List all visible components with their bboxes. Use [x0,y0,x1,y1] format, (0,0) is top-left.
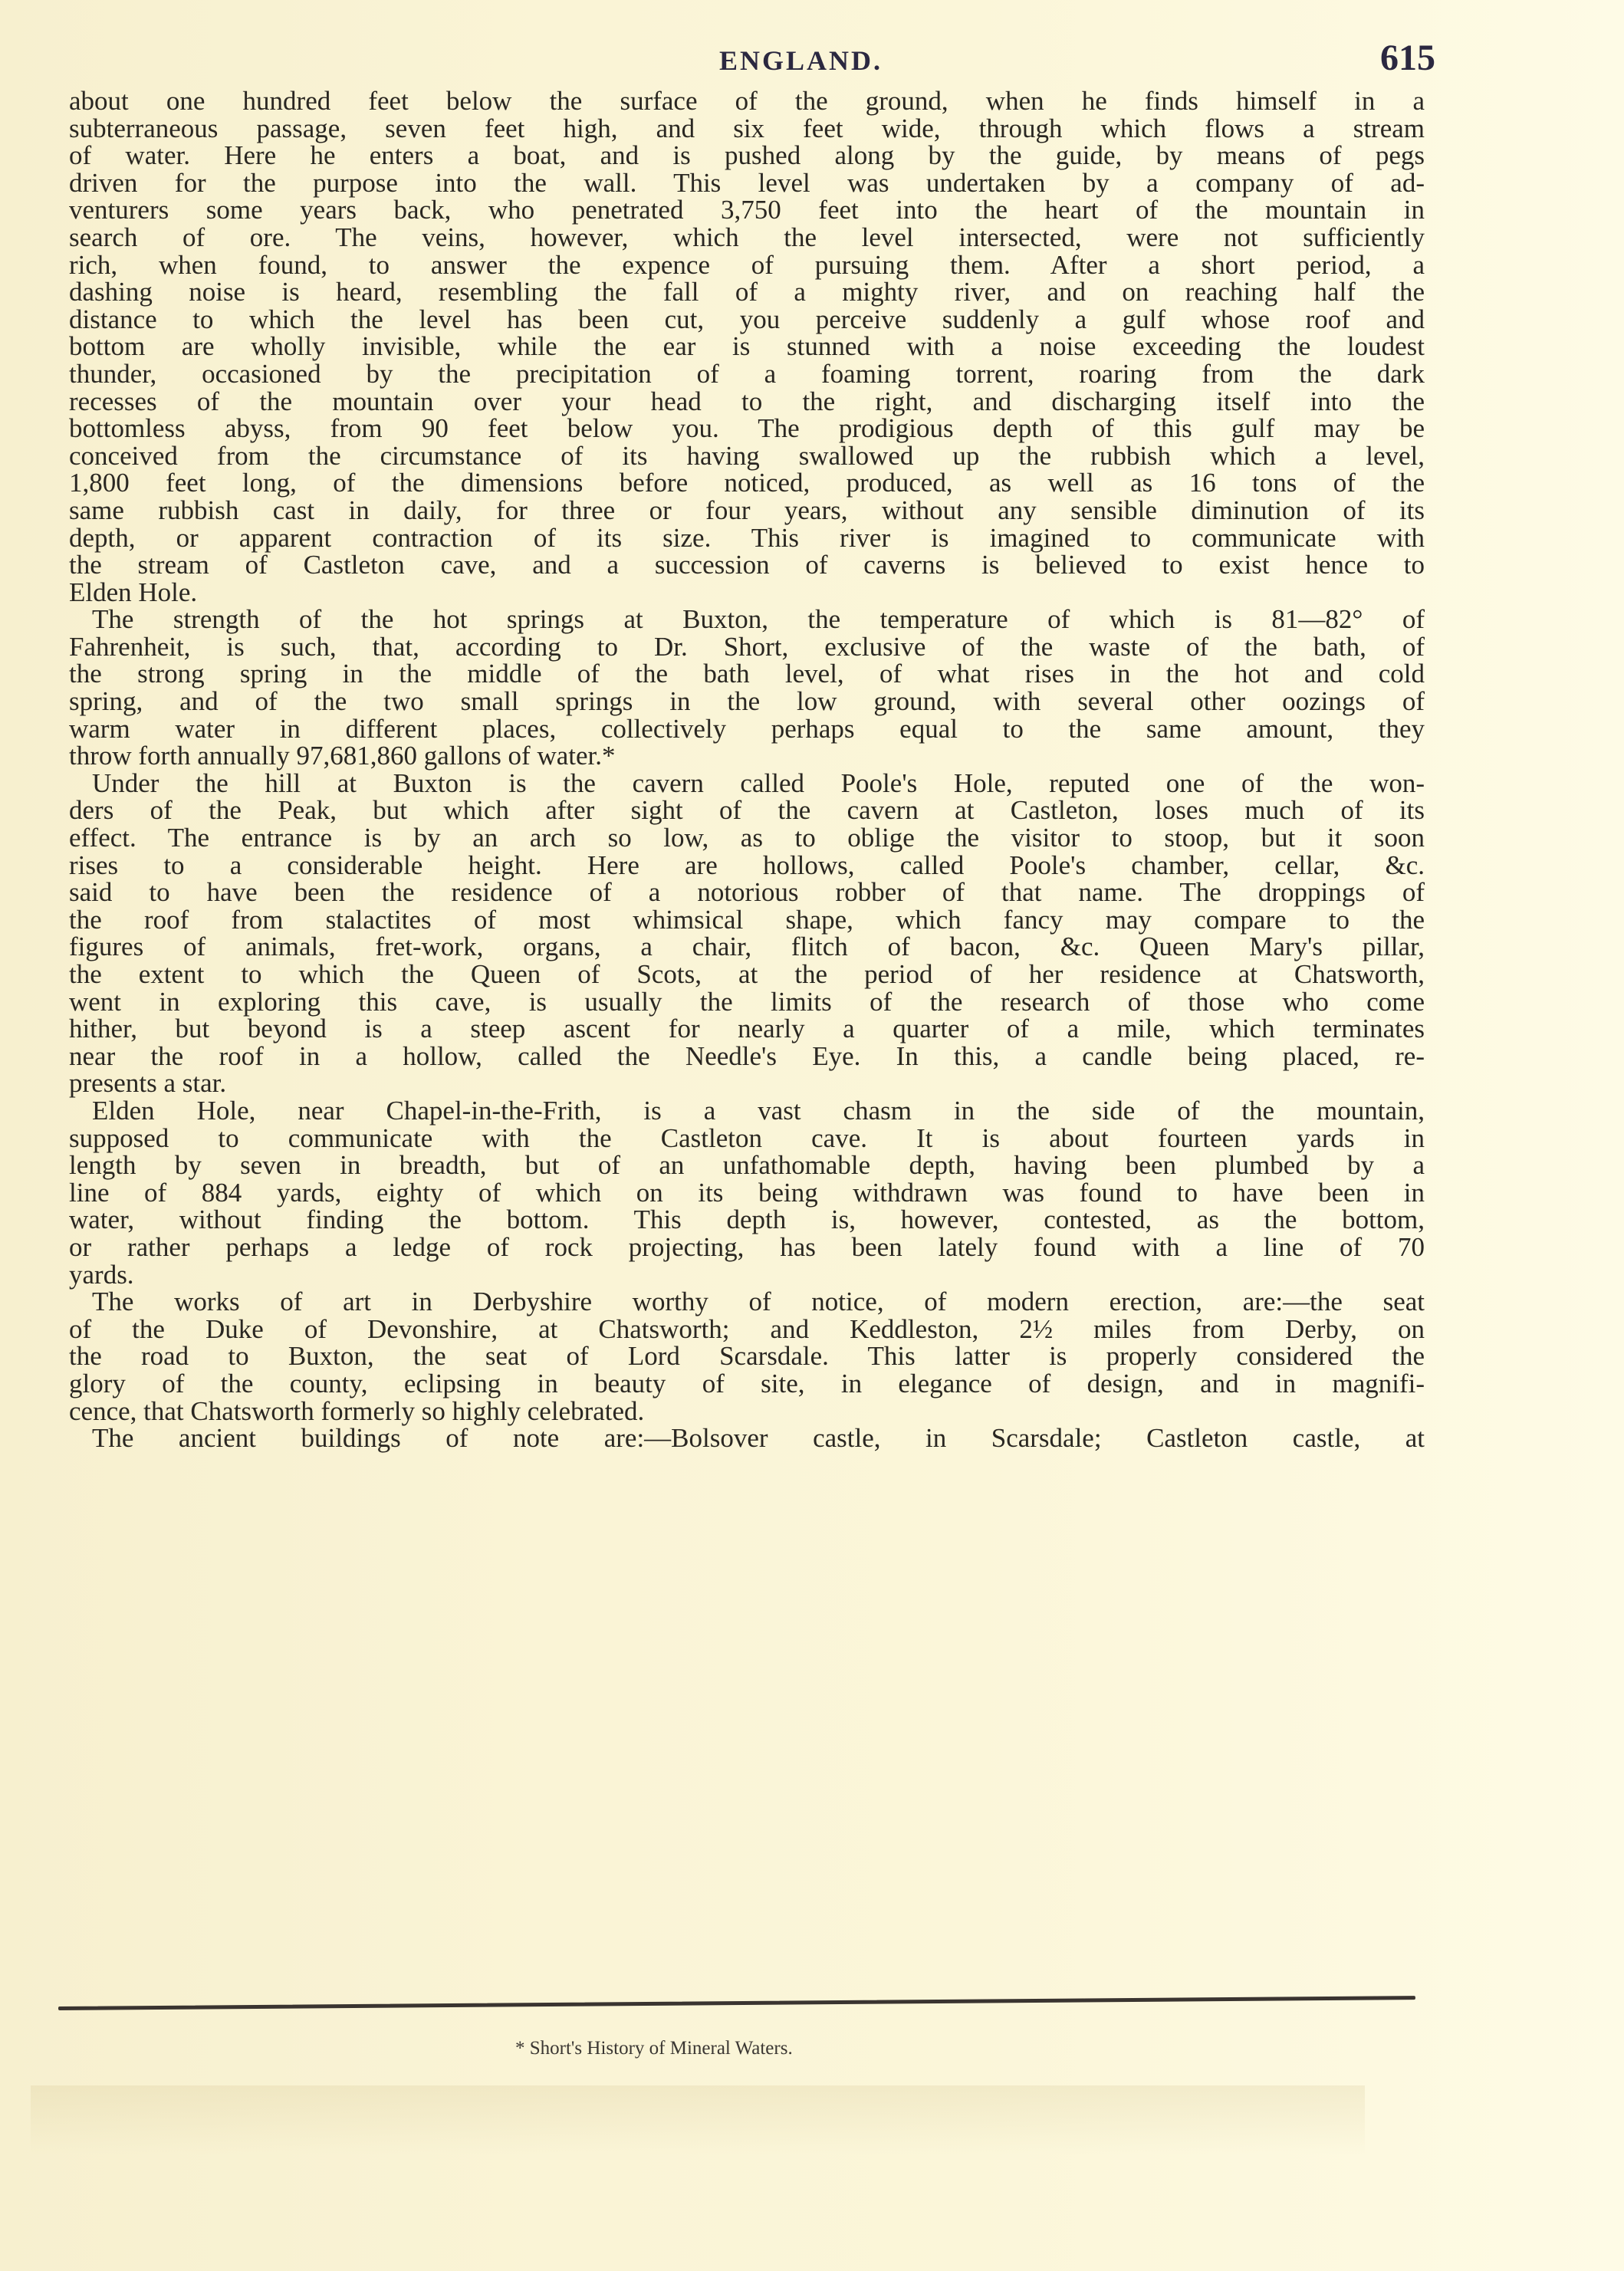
text-line: or rather perhaps a ledge of rock projec… [69,1234,1425,1261]
text-line: venturers some years back, who penetrate… [69,196,1425,224]
text-line: glory of the county, eclipsing in beauty… [69,1370,1425,1398]
text-line: distance to which the level has been cut… [69,306,1425,334]
text-line: thunder, occasioned by the precipitation… [69,360,1425,388]
text-line: rises to a considerable height. Here are… [69,852,1425,879]
paragraph-start-line: Under the hill at Buxton is the cavern c… [69,770,1425,797]
text-line: depth, or apparent contraction of its si… [69,524,1425,552]
text-line: the road to Buxton, the seat of Lord Sca… [69,1343,1425,1370]
text-line: near the roof in a hollow, called the Ne… [69,1043,1425,1070]
text-line: about one hundred feet below the surface… [69,87,1425,115]
text-line: length by seven in breadth, but of an un… [69,1152,1425,1179]
text-line: effect. The entrance is by an arch so lo… [69,824,1425,852]
running-title: ENGLAND. [719,44,883,77]
paragraph-start-line: Elden Hole, near Chapel-in-the-Frith, is… [69,1097,1425,1125]
book-page: ENGLAND. 615 about one hundred feet belo… [0,0,1624,2271]
text-line: throw forth annually 97,681,860 gallons … [69,742,1425,770]
text-line: subterraneous passage, seven feet high, … [69,115,1425,143]
text-line: line of 884 yards, eighty of which on it… [69,1179,1425,1207]
text-line: bottomless abyss, from 90 feet below you… [69,415,1425,442]
text-line: warm water in different places, collecti… [69,715,1425,743]
text-line: recesses of the mountain over your head … [69,388,1425,416]
text-line: Elden Hole. [69,579,1425,606]
text-line: yards. [69,1261,1425,1289]
paragraph-start-line: The strength of the hot springs at Buxto… [69,606,1425,633]
text-line: conceived from the circumstance of its h… [69,442,1425,470]
text-line: 1,800 feet long, of the dimensions befor… [69,469,1425,497]
text-line: presents a star. [69,1070,1425,1097]
text-line: the stream of Castleton cave, and a succ… [69,551,1425,579]
text-line: said to have been the residence of a not… [69,879,1425,906]
paragraph-start-line: The ancient buildings of note are:—Bolso… [69,1425,1425,1452]
text-line: Fahrenheit, is such, that, according to … [69,633,1425,661]
text-line: of the Duke of Devonshire, at Chatsworth… [69,1316,1425,1343]
text-line: hither, but beyond is a steep ascent for… [69,1015,1425,1043]
text-line: of water. Here he enters a boat, and is … [69,142,1425,169]
text-line: search of ore. The veins, however, which… [69,224,1425,251]
text-line: dashing noise is heard, resembling the f… [69,278,1425,306]
paragraph-start-line: The works of art in Derbyshire worthy of… [69,1288,1425,1316]
text-line: figures of animals, fret-work, organs, a… [69,933,1425,961]
body-text: about one hundred feet below the surface… [69,87,1425,1452]
text-line: supposed to communicate with the Castlet… [69,1125,1425,1152]
text-line: the roof from stalactites of most whimsi… [69,906,1425,934]
bleed-through-shadow [31,2085,1365,2154]
text-line: the extent to which the Queen of Scots, … [69,961,1425,988]
footnote-rule [58,1996,1415,2010]
text-line: rich, when found, to answer the expence … [69,251,1425,279]
text-line: bottom are wholly invisible, while the e… [69,333,1425,360]
text-line: went in exploring this cave, is usually … [69,988,1425,1016]
page-number: 615 [1380,37,1435,79]
text-line: same rubbish cast in daily, for three or… [69,497,1425,524]
footnote: * Short's History of Mineral Waters. [515,2038,793,2059]
text-line: the strong spring in the middle of the b… [69,660,1425,688]
text-line: ders of the Peak, but which after sight … [69,797,1425,824]
text-line: water, without finding the bottom. This … [69,1206,1425,1234]
running-head: ENGLAND. 615 [0,37,1624,83]
text-line: cence, that Chatsworth formerly so highl… [69,1398,1425,1425]
text-line: spring, and of the two small springs in … [69,688,1425,715]
text-line: driven for the purpose into the wall. Th… [69,169,1425,197]
